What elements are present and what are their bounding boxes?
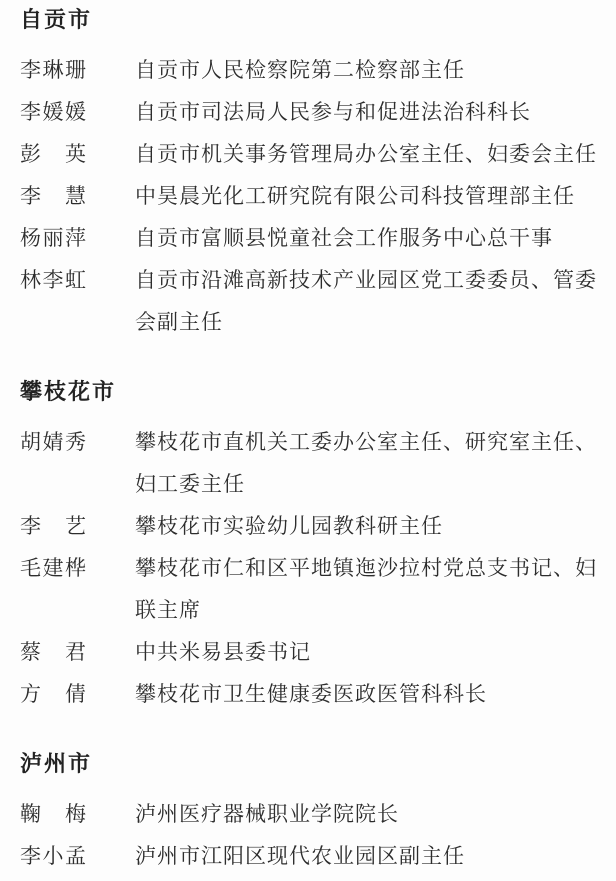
section-header: 攀枝花市 [20,377,602,407]
person-title: 自贡市人民检察院第二检察部主任 [135,49,602,91]
person-title: 攀枝花市仁和区平地镇迤沙拉村党总支书记、妇联主席 [135,547,602,631]
list-item: 林李虹 自贡市沿滩高新技术产业园区党工委委员、管委会副主任 [20,259,602,343]
person-name: 毛建桦 [20,547,135,589]
section-zigong: 自贡市 李琳珊 自贡市人民检察院第二检察部主任 李媛媛 自贡市司法局人民参与和促… [20,5,602,343]
list-item: 蔡 君 中共米易县委书记 [20,631,602,673]
document-page: 自贡市 李琳珊 自贡市人民检察院第二检察部主任 李媛媛 自贡市司法局人民参与和促… [0,0,616,877]
person-title: 中共米易县委书记 [135,631,602,673]
person-name: 李小孟 [20,835,135,877]
person-name: 蔡 君 [20,631,135,673]
person-name: 李 慧 [20,175,135,217]
person-title: 泸州医疗器械职业学院院长 [135,793,602,835]
section-header: 自贡市 [20,5,602,35]
person-name: 方 倩 [20,673,135,715]
person-name: 李琳珊 [20,49,135,91]
person-title: 自贡市富顺县悦童社会工作服务中心总干事 [135,217,602,259]
person-name: 李 艺 [20,505,135,547]
list-item: 李 艺 攀枝花市实验幼儿园教科研主任 [20,505,602,547]
section-panzhihua: 攀枝花市 胡婧秀 攀枝花市直机关工委办公室主任、研究室主任、妇工委主任 李 艺 … [20,377,602,715]
person-name: 杨丽萍 [20,217,135,259]
person-name: 胡婧秀 [20,421,135,463]
list-item: 李媛媛 自贡市司法局人民参与和促进法治科科长 [20,91,602,133]
person-title: 自贡市机关事务管理局办公室主任、妇委会主任 [135,133,602,175]
section-header: 泸州市 [20,749,602,779]
person-name: 李媛媛 [20,91,135,133]
person-name: 林李虹 [20,259,135,301]
list-item: 彭 英 自贡市机关事务管理局办公室主任、妇委会主任 [20,133,602,175]
list-item: 毛建桦 攀枝花市仁和区平地镇迤沙拉村党总支书记、妇联主席 [20,547,602,631]
list-item: 杨丽萍 自贡市富顺县悦童社会工作服务中心总干事 [20,217,602,259]
person-name: 彭 英 [20,133,135,175]
list-item: 方 倩 攀枝花市卫生健康委医政医管科科长 [20,673,602,715]
person-name: 鞠 梅 [20,793,135,835]
list-item: 李 慧 中昊晨光化工研究院有限公司科技管理部主任 [20,175,602,217]
list-item: 李琳珊 自贡市人民检察院第二检察部主任 [20,49,602,91]
person-title: 自贡市司法局人民参与和促进法治科科长 [135,91,602,133]
person-title: 泸州市江阳区现代农业园区副主任 [135,835,602,877]
person-title: 中昊晨光化工研究院有限公司科技管理部主任 [135,175,602,217]
person-title: 攀枝花市卫生健康委医政医管科科长 [135,673,602,715]
list-item: 李小孟 泸州市江阳区现代农业园区副主任 [20,835,602,877]
person-title: 自贡市沿滩高新技术产业园区党工委委员、管委会副主任 [135,259,602,343]
person-title: 攀枝花市直机关工委办公室主任、研究室主任、妇工委主任 [135,421,602,505]
section-luzhou: 泸州市 鞠 梅 泸州医疗器械职业学院院长 李小孟 泸州市江阳区现代农业园区副主任 [20,749,602,877]
person-title: 攀枝花市实验幼儿园教科研主任 [135,505,602,547]
list-item: 鞠 梅 泸州医疗器械职业学院院长 [20,793,602,835]
list-item: 胡婧秀 攀枝花市直机关工委办公室主任、研究室主任、妇工委主任 [20,421,602,505]
